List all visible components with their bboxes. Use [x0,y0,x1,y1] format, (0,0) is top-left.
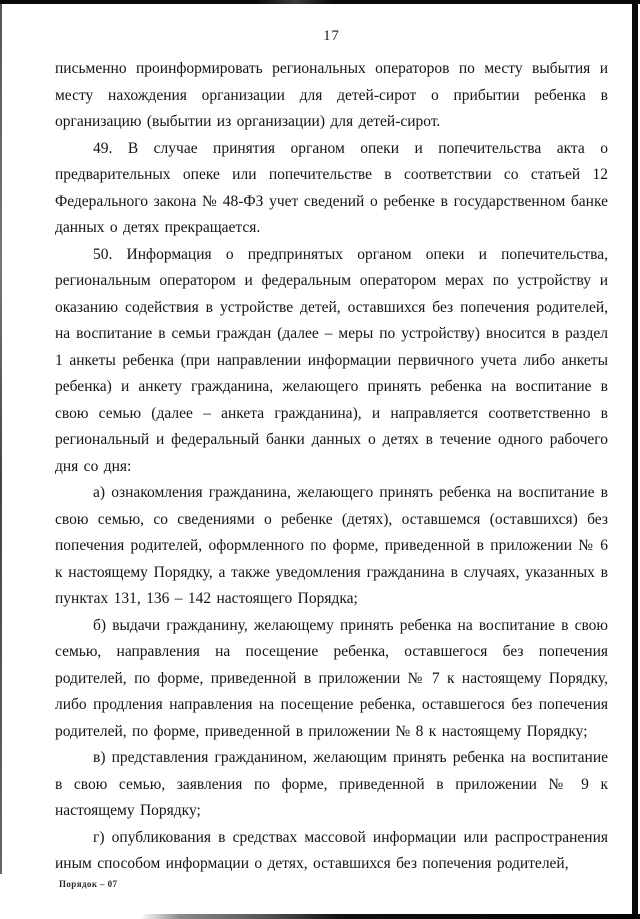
paragraph-subitem-b: б) выдачи гражданину, желающему принять … [55,613,608,746]
paragraph-subitem-v: в) представления гражданином, желающим п… [55,745,608,825]
paragraph-continuation: письменно проинформировать региональных … [55,56,608,136]
scan-artifact-left-line [0,4,2,874]
scan-artifact-right-bar [632,0,638,919]
scan-artifact-top-bar [0,0,640,4]
footer-document-mark: Порядок – 07 [59,879,117,889]
paragraph-subitem-g: г) опубликования в средствах массовой ин… [55,825,608,878]
paragraph-item-49: 49. В случае принятия органом опеки и по… [55,136,608,242]
paragraph-item-50: 50. Информация о предпринятых органом оп… [55,242,608,481]
scan-artifact-bottom-strip [140,914,640,919]
document-page: 17 письменно проинформировать региональн… [0,0,640,919]
paragraph-subitem-a: а) ознакомления гражданина, желающего пр… [55,480,608,613]
document-body: письменно проинформировать региональных … [55,56,608,878]
page-number: 17 [55,28,608,45]
